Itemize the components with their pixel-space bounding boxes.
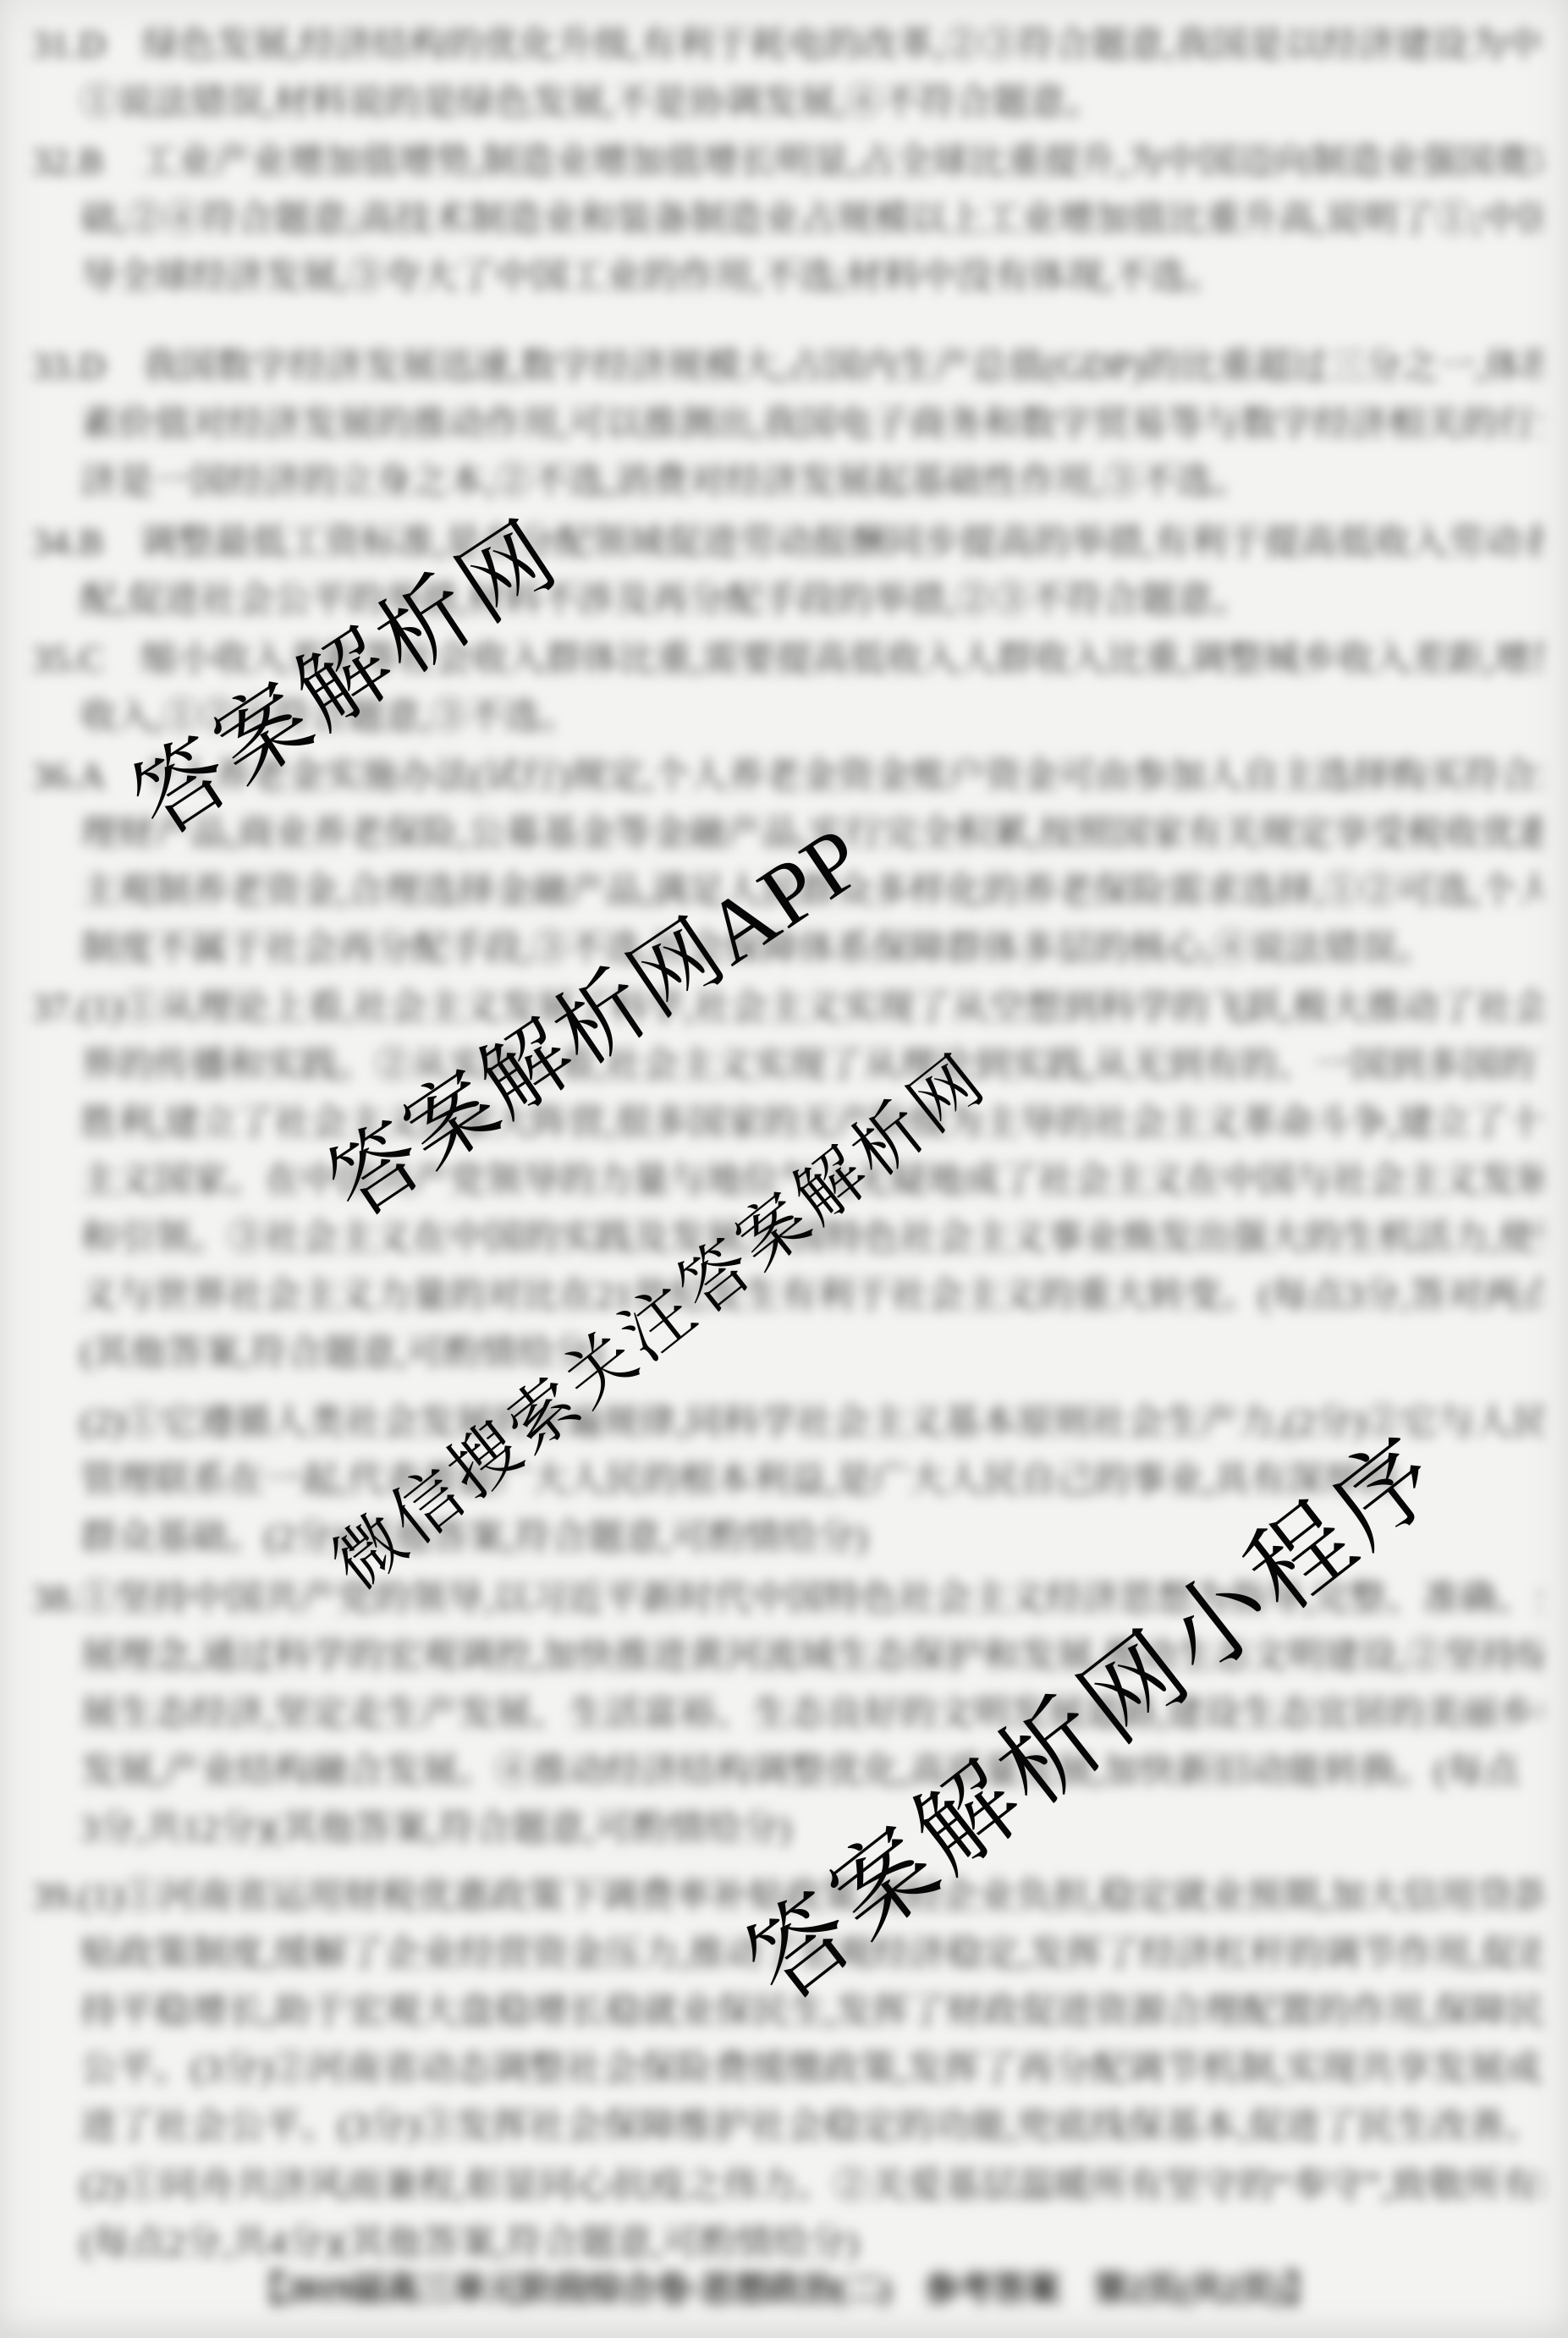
answer-line: 展理念,通过科学的宏观调控,加快推进黄河流域生态保护和发展,推动生态文明建设,②… xyxy=(80,1628,1543,1686)
answer-line: 进了社会公平。(3分)③发挥社会保障维护社会稳定的功能,兜底线保基本,促进了民生… xyxy=(80,2099,1543,2156)
answer-line: 导全球经济发展,③夸大了中国工业的作用,不选;材料中没有体现,不选。 xyxy=(80,249,1543,306)
answer-line: 公平。(3分)②河南省动态调整社会保险费缓缴政策,发挥了再分配调节机制,实现共享… xyxy=(80,2041,1543,2099)
answer-line: 展生态经济,坚定走生产发展、生活富裕、生态良好的文明发展道路,建设生态宜居的美丽… xyxy=(80,1686,1543,1743)
answer-line: ①说法错误,材料说的是绿色发展,不是协调发展,④不符合题意。 xyxy=(80,74,1543,132)
answer-item: 38.①坚持中国共产党的领导,以习近平新时代中国特色社会主义经济思想为指导,完整… xyxy=(0,1571,1568,1858)
answer-line: 界的传播和实践。②从实践上看,社会主义实现了从理论到实践,从无到有的、一国到多国… xyxy=(80,1037,1543,1095)
answer-item: 31.D 绿色发展,经济结构的优化升级,有利于耗电的改革,②③符合题意,我国是以… xyxy=(0,17,1568,132)
answer-item: 34.B 调整最低工资标准,是在分配领域促进劳动报酬同步提高的举措,有利于提高低… xyxy=(0,514,1568,630)
answer-item: 32.B 工业产业增加值增势,制造业增加值增长明显,占全球比重提升,为中国迈向制… xyxy=(0,134,1568,306)
page-footer: 【2019届高三单元阶段综合卷·思想政治(二) 参考答案 第2页(共2页)】 xyxy=(0,2261,1568,2311)
answer-line: (其他答案,符合题意,可酌情给分) xyxy=(80,1325,1543,1383)
answer-line: 素价值对经济发展的推动作用,可以推测出,我国电子商务和数字贸易等与数字经济相关的… xyxy=(80,396,1543,454)
answer-line: 义与世界社会主义力量的对比在21世纪发生有利于社会主义的重大转变。(每点3分,答… xyxy=(80,1268,1543,1325)
answer-line: 37.(1)①从理论上看,社会主义发展了科学,社会主义实现了从空想到科学的飞跃,… xyxy=(32,980,1543,1037)
answer-item: 33.D 我国数字经济发展迅速,数字经济规模大,占国内生产总值(GDP)的比重超… xyxy=(0,338,1568,511)
answer-line: 32.B 工业产业增加值增势,制造业增加值增长明显,占全球比重提升,为中国迈向制… xyxy=(32,134,1543,191)
answer-line: 济是一国经济的立身之本,②不选,消费对经济发展起基础性作用,③不选。 xyxy=(80,454,1543,511)
scanned-answer-page: 31.D 绿色发展,经济结构的优化升级,有利于耗电的改革,②③符合题意,我国是以… xyxy=(0,0,1568,2338)
answer-line: 31.D 绿色发展,经济结构的优化升级,有利于耗电的改革,②③符合题意,我国是以… xyxy=(32,17,1543,74)
answer-line: 34.B 调整最低工资标准,是在分配领域促进劳动报酬同步提高的举措,有利于提高低… xyxy=(32,514,1543,572)
answer-line: (2)①同舟共济风雨兼程,彰显同心抗疫之伟力。②关爱基层温暖所有坚守的“奉守”,… xyxy=(80,2158,1543,2215)
answer-line: 33.D 我国数字经济发展迅速,数字经济规模大,占国内生产总值(GDP)的比重超… xyxy=(32,338,1543,396)
answer-line: 发展,产业结构融合发展。④推动经济结构调整优化,高质量发展,加快新旧动能转换。(… xyxy=(80,1743,1543,1801)
answer-item: (2)①同舟共济风雨兼程,彰显同心抗疫之伟力。②关爱基层温暖所有坚守的“奉守”,… xyxy=(0,2158,1568,2273)
answer-line: 础,②④符合题意;高技术制造业和装备制造业占规模以上工业增加值比重升高,说明了①… xyxy=(80,191,1543,249)
